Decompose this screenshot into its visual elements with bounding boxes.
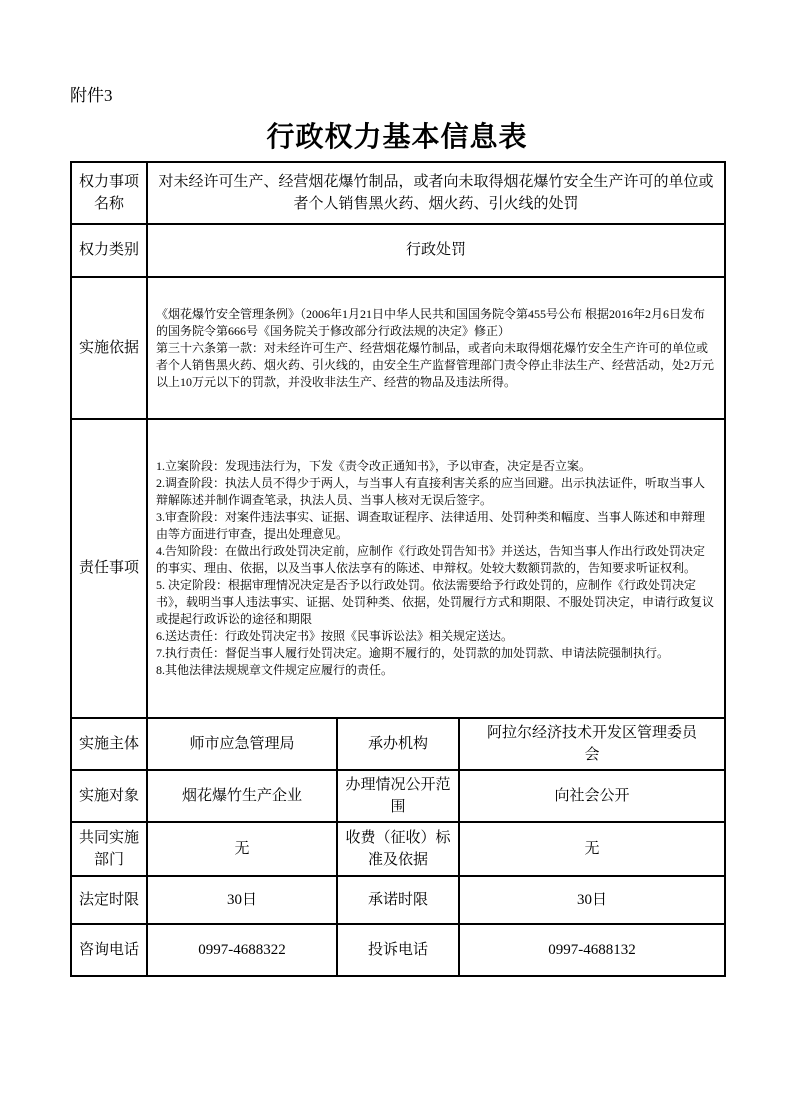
undertaker-label: 承办机构 [337, 718, 459, 770]
promised-time-limit-value: 30日 [459, 876, 725, 924]
duty-label: 责任事项 [71, 419, 147, 718]
table-row-target: 实施对象 烟花爆竹生产企业 办理情况公开范围 向社会公开 [71, 770, 725, 822]
table-row-phone: 咨询电话 0997-4688322 投诉电话 0997-4688132 [71, 924, 725, 976]
power-name-label: 权力事项名称 [71, 162, 147, 224]
joint-dept-value: 无 [147, 822, 337, 876]
power-name-value: 对未经许可生产、经营烟花爆竹制品，或者向未取得烟花爆竹安全生产许可的单位或者个人… [147, 162, 725, 224]
document-page: { "page": { "attachment_label": "附件3", "… [0, 0, 794, 1108]
legal-time-limit-value: 30日 [147, 876, 337, 924]
target-value: 烟花爆竹生产企业 [147, 770, 337, 822]
promised-time-limit-label: 承诺时限 [337, 876, 459, 924]
legal-time-limit-label: 法定时限 [71, 876, 147, 924]
complaint-phone-value: 0997-4688132 [459, 924, 725, 976]
page-title: 行政权力基本信息表 [0, 115, 794, 155]
table-row-time-limit: 法定时限 30日 承诺时限 30日 [71, 876, 725, 924]
power-type-label: 权力类别 [71, 224, 147, 277]
table-row-basis: 实施依据 《烟花爆竹安全管理条例》（2006年1月21日中华人民共和国国务院令第… [71, 277, 725, 419]
table-row-power-name: 权力事项名称 对未经许可生产、经营烟花爆竹制品，或者向未取得烟花爆竹安全生产许可… [71, 162, 725, 224]
table-row-joint: 共同实施部门 无 收费（征收）标准及依据 无 [71, 822, 725, 876]
target-label: 实施对象 [71, 770, 147, 822]
table-row-duty: 责任事项 1.立案阶段：发现违法行为，下发《责令改正通知书》，予以审查，决定是否… [71, 419, 725, 718]
table-row-power-type: 权力类别 行政处罚 [71, 224, 725, 277]
fee-standard-value: 无 [459, 822, 725, 876]
joint-dept-label: 共同实施部门 [71, 822, 147, 876]
disclosure-scope-label: 办理情况公开范围 [337, 770, 459, 822]
subject-label: 实施主体 [71, 718, 147, 770]
table-row-subject: 实施主体 师市应急管理局 承办机构 阿拉尔经济技术开发区管理委员会 [71, 718, 725, 770]
basis-value: 《烟花爆竹安全管理条例》（2006年1月21日中华人民共和国国务院令第455号公… [147, 277, 725, 419]
attachment-label: 附件3 [70, 81, 113, 106]
basis-label: 实施依据 [71, 277, 147, 419]
complaint-phone-label: 投诉电话 [337, 924, 459, 976]
inquiry-phone-label: 咨询电话 [71, 924, 147, 976]
fee-standard-label: 收费（征收）标准及依据 [337, 822, 459, 876]
subject-value: 师市应急管理局 [147, 718, 337, 770]
undertaker-value: 阿拉尔经济技术开发区管理委员会 [459, 718, 725, 770]
inquiry-phone-value: 0997-4688322 [147, 924, 337, 976]
disclosure-scope-value: 向社会公开 [459, 770, 725, 822]
duty-value: 1.立案阶段：发现违法行为，下发《责令改正通知书》，予以审查，决定是否立案。 2… [147, 419, 725, 718]
info-table: 权力事项名称 对未经许可生产、经营烟花爆竹制品，或者向未取得烟花爆竹安全生产许可… [70, 161, 726, 977]
power-type-value: 行政处罚 [147, 224, 725, 277]
